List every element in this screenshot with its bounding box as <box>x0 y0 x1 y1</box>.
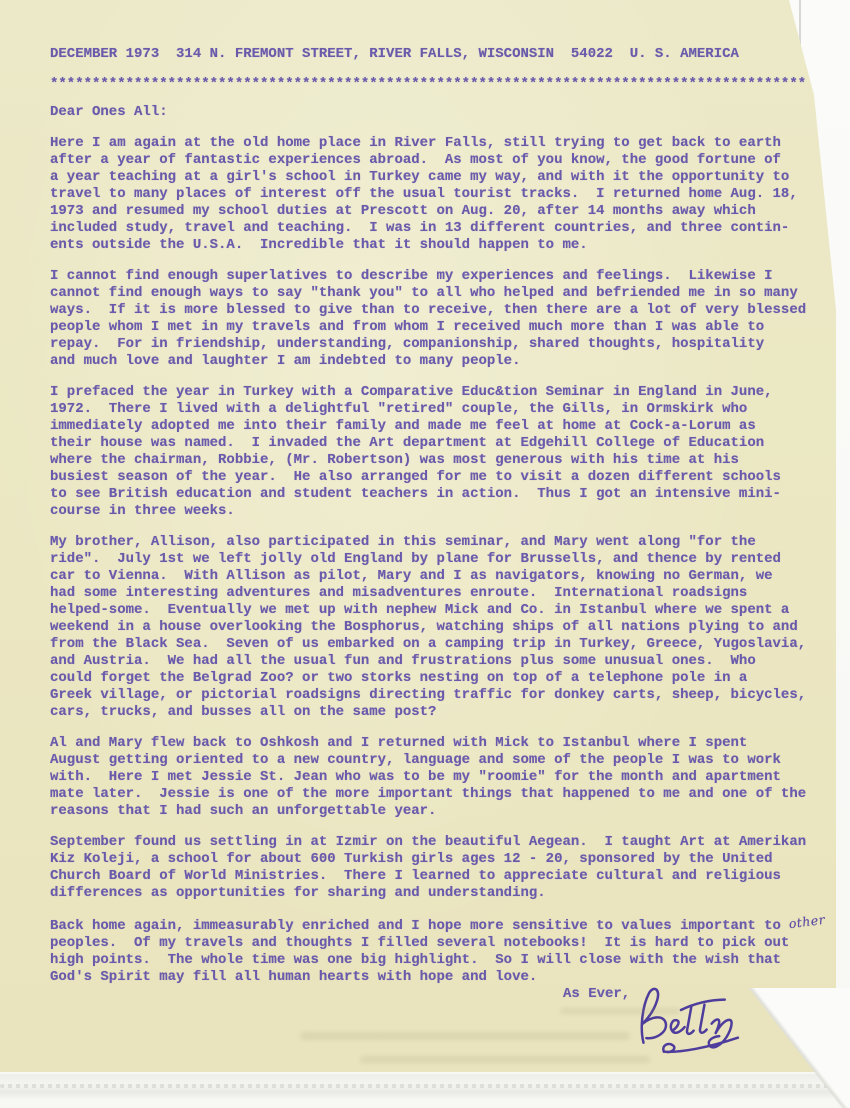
plastic-sleeve-seam <box>0 1074 850 1100</box>
signature-stroke-t1 <box>685 1006 694 1034</box>
asterisk-divider: ****************************************… <box>50 76 822 93</box>
signature-stroke-underline <box>663 1038 739 1053</box>
paragraph-2: I cannot find enough superlatives to des… <box>50 268 822 370</box>
handwritten-insert: other <box>788 911 826 932</box>
signature-stroke-e <box>670 1019 685 1033</box>
salutation: Dear Ones All: <box>50 104 822 121</box>
paragraph-7-typed-start: Back home again, immeasurably enriched a… <box>50 918 789 934</box>
paragraph-1: Here I am again at the old home place in… <box>50 135 822 254</box>
signature-stroke-b <box>638 988 667 1043</box>
signature-stroke-t2 <box>698 1005 707 1033</box>
signature <box>625 971 799 1061</box>
paragraph-6: September found us settling in at Izmir … <box>50 834 822 902</box>
scanned-letter: DECEMBER 1973 314 N. FREMONT STREET, RIV… <box>0 0 850 1108</box>
paragraph-3: I prefaced the year in Turkey with a Com… <box>50 384 822 520</box>
signature-betty-icon <box>625 971 799 1061</box>
paragraph-7-rest: peoples. Of my travels and thoughts I fi… <box>50 935 789 985</box>
letter-header-line: DECEMBER 1973 314 N. FREMONT STREET, RIV… <box>50 46 822 63</box>
paragraph-4: My brother, Allison, also participated i… <box>50 534 822 721</box>
letter-paper: DECEMBER 1973 314 N. FREMONT STREET, RIV… <box>0 0 836 1072</box>
paragraph-5: Al and Mary flew back to Oshkosh and I r… <box>50 735 822 820</box>
